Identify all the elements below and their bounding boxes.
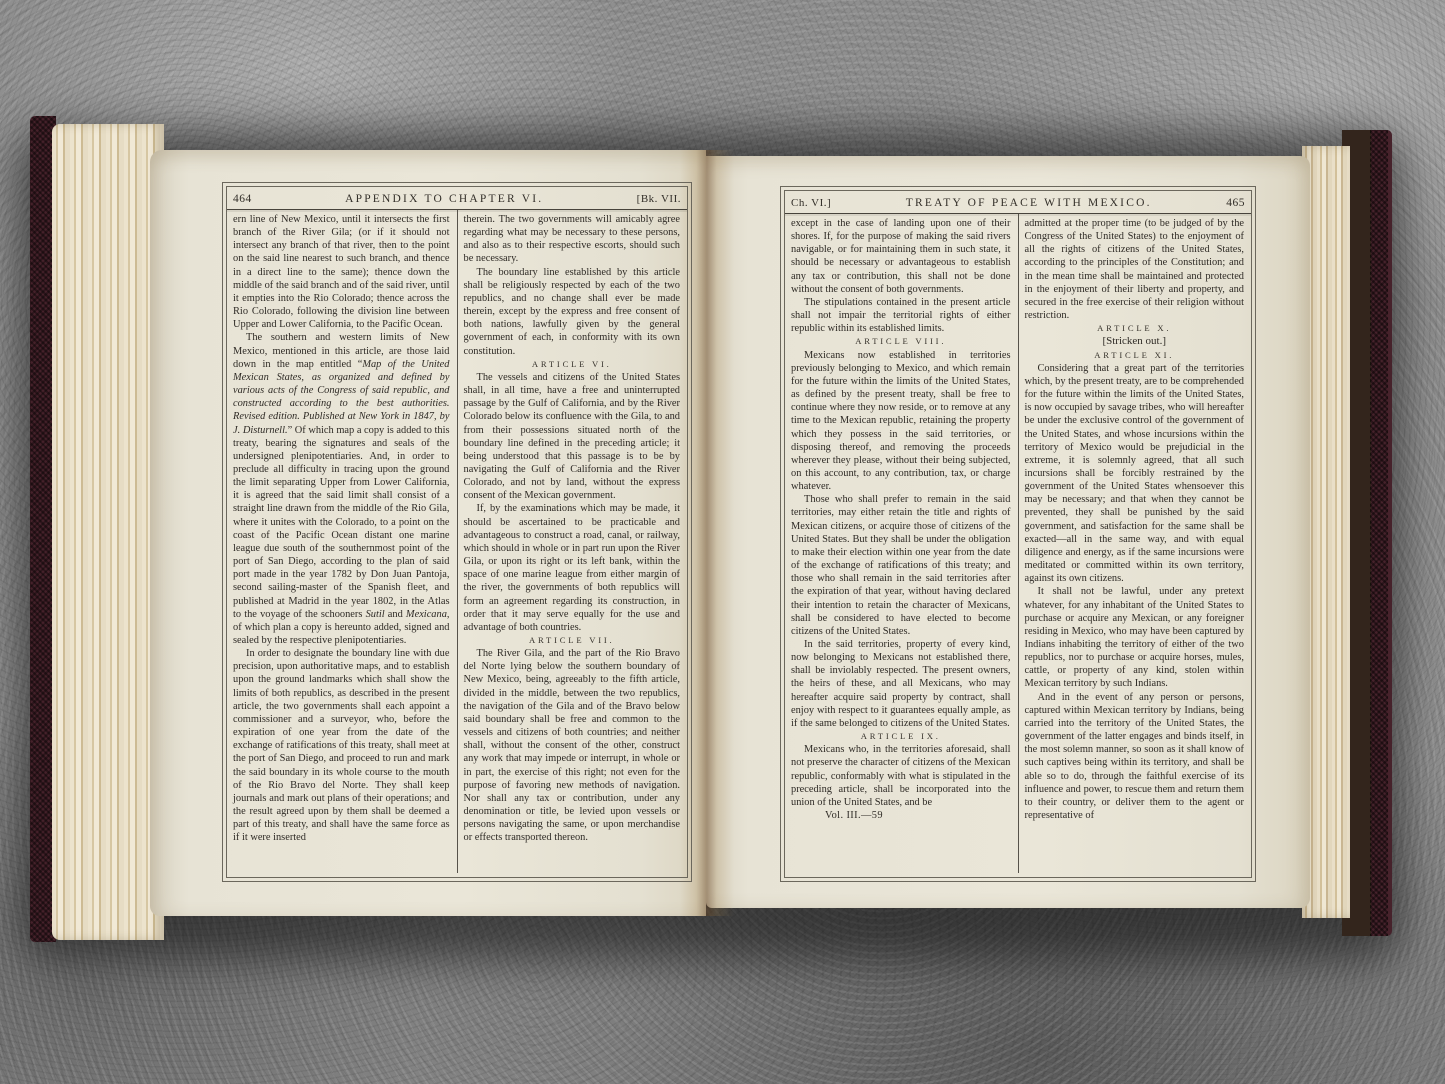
right-page-frame-inner: Ch. VI.] TREATY OF PEACE WITH MEXICO. 46… [784,190,1252,878]
right-running-title: TREATY OF PEACE WITH MEXICO. [906,197,1152,209]
left-page-columns: ern line of New Mexico, until it interse… [227,210,687,873]
paragraph: The River Gila, and the part of the Rio … [464,647,681,844]
article-heading: ARTICLE VIII. [791,335,1011,348]
paragraph: The stipulations contained in the presen… [791,296,1011,335]
right-page-number: 465 [1226,197,1245,209]
paragraph: If, by the examinations which may be mad… [464,502,681,634]
article-heading: ARTICLE IX. [791,730,1011,743]
paragraph: In the said territories, property of eve… [791,638,1011,730]
paragraph: The vessels and citizens of the United S… [464,371,681,503]
stricken-note: [Stricken out.] [1025,335,1245,348]
paragraph: In order to designate the boundary line … [233,647,450,844]
text-column: ern line of New Mexico, until it interse… [227,210,457,873]
right-chapter-marker: Ch. VI.] [791,197,831,209]
paragraph: Considering that a great part of the ter… [1025,362,1245,586]
paragraph: Mexicans who, in the territories aforesa… [791,743,1011,809]
article-heading: ARTICLE VI. [464,358,681,371]
article-heading: ARTICLE X. [1025,322,1245,335]
table-surface: 464 APPENDIX TO CHAPTER VI. [Bk. VII. er… [0,0,1445,1084]
paragraph: ern line of New Mexico, until it interse… [233,213,450,331]
text-column: except in the case of landing upon one o… [785,214,1018,873]
page-edges-left [52,124,164,940]
left-page-number: 464 [233,193,252,205]
left-book-marker: [Bk. VII. [637,193,681,205]
right-page-header: Ch. VI.] TREATY OF PEACE WITH MEXICO. 46… [785,191,1251,214]
paragraph: admitted at the proper time (to be judge… [1025,217,1245,322]
paragraph: It shall not be lawful, under any pretex… [1025,585,1245,690]
paragraph: The southern and western limits of New M… [233,331,450,647]
left-page-frame-inner: 464 APPENDIX TO CHAPTER VI. [Bk. VII. er… [226,186,688,878]
left-running-title: APPENDIX TO CHAPTER VI. [345,193,543,205]
right-page-columns: except in the case of landing upon one o… [785,214,1251,873]
right-page-frame: Ch. VI.] TREATY OF PEACE WITH MEXICO. 46… [780,186,1256,882]
paragraph: Those who shall prefer to remain in the … [791,493,1011,638]
left-page-frame: 464 APPENDIX TO CHAPTER VI. [Bk. VII. er… [222,182,692,882]
paragraph: except in the case of landing upon one o… [791,217,1011,296]
text-column: admitted at the proper time (to be judge… [1018,214,1252,873]
volume-signature: Vol. III.—59 [791,809,1011,822]
paragraph: And in the event of any person or person… [1025,691,1245,823]
article-heading: ARTICLE XI. [1025,349,1245,362]
article-heading: ARTICLE VII. [464,634,681,647]
paragraph: Mexicans now established in territories … [791,349,1011,494]
paragraph: therein. The two governments will amicab… [464,213,681,266]
text-column: therein. The two governments will amicab… [457,210,688,873]
left-page-header: 464 APPENDIX TO CHAPTER VI. [Bk. VII. [227,187,687,210]
paragraph: The boundary line established by this ar… [464,266,681,358]
